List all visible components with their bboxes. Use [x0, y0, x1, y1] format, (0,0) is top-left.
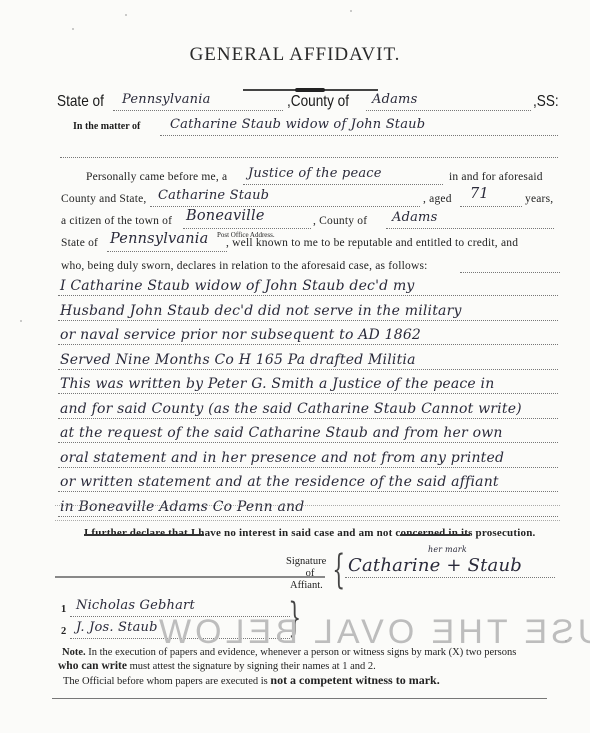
affiant-name-field-line [150, 206, 420, 207]
statement-line[interactable]: in Boneaville Adams Co Penn and [60, 499, 304, 515]
matter-value[interactable]: Catharine Staub widow of John Staub [170, 117, 425, 132]
county-label: ,County of [287, 93, 349, 111]
note-line-2: who can write must attest the signature … [58, 660, 376, 672]
official-value[interactable]: Justice of the peace [248, 166, 382, 181]
note-line-1-text: In the execution of papers and evidence,… [88, 647, 516, 658]
county-value[interactable]: Adams [372, 92, 417, 107]
statement-line[interactable]: This was written by Peter G. Smith a Jus… [60, 376, 494, 392]
state-value[interactable]: Pennsylvania [122, 92, 211, 107]
state-value-2[interactable]: Pennsylvania [110, 231, 209, 247]
note-line-3: The Official before whom papers are exec… [63, 673, 440, 688]
affidavit-page: GENERAL AFFIDAVIT. State of Pennsylvania… [0, 0, 590, 733]
further-declare-text: I further declare that I have no interes… [84, 527, 535, 539]
state-field-line [113, 110, 283, 111]
statement-line[interactable]: I Catharine Staub widow of John Staub de… [60, 278, 415, 294]
sworn-field-line [460, 272, 560, 273]
statement-line[interactable]: Served Nine Months Co H 165 Pa drafted M… [60, 352, 416, 368]
statement-rule [58, 467, 558, 468]
statement-rule [58, 369, 558, 370]
signature-mark-note: her mark [428, 545, 467, 554]
signature-label-3: Affiant. [290, 580, 323, 591]
matter-label: In the matter of [73, 121, 140, 132]
blank-line-1 [55, 505, 560, 506]
statement-line[interactable]: oral statement and in her presence and n… [60, 450, 504, 466]
note-not-competent: not a competent witness to mark. [270, 673, 439, 687]
note-line-1: Note. In the execution of papers and evi… [62, 647, 516, 658]
county-state-label: County and State, [61, 193, 147, 205]
signature-value[interactable]: Catharine + Staub [348, 555, 522, 576]
witness-2-number: 2 [61, 626, 66, 637]
ss-label: ,SS: [533, 93, 559, 111]
statement-rule [58, 320, 558, 321]
statement-line[interactable]: and for said County (as the said Cathari… [60, 401, 522, 417]
matter-field-line [160, 135, 558, 136]
strike-through-mark [84, 534, 204, 536]
county-value-2[interactable]: Adams [392, 210, 437, 225]
strike-through-mark-2 [400, 534, 470, 536]
statement-line[interactable]: at the request of the said Catharine Sta… [60, 425, 503, 441]
age-field-line [460, 206, 522, 207]
age-value[interactable]: 71 [470, 186, 489, 202]
signature-brace: { [332, 550, 345, 590]
blank-line-2 [55, 520, 560, 521]
signature-label-2: of [300, 568, 320, 579]
statement-line[interactable]: or naval service prior nor subsequent to… [60, 327, 421, 343]
signature-left-rule [55, 576, 325, 578]
affiant-name-value[interactable]: Catharine Staub [158, 188, 269, 203]
matter-field-line-2 [60, 157, 558, 158]
years-label: years, [525, 193, 553, 205]
witness-1-number: 1 [61, 604, 66, 615]
statement-rule [58, 344, 558, 345]
title-ornament-divider [243, 89, 378, 91]
county2-field-line [386, 228, 554, 229]
bottom-rule [52, 698, 547, 699]
state-label-2: State of [61, 237, 98, 249]
citizen-label: a citizen of the town of [61, 215, 172, 227]
note-line-2-text: must attest the signature by signing the… [130, 661, 376, 672]
statement-line[interactable]: Husband John Staub dec'd did not serve i… [60, 303, 462, 319]
document-title: GENERAL AFFIDAVIT. [0, 44, 590, 66]
aged-label: , aged [423, 193, 452, 205]
witness-1-name[interactable]: Nicholas Gebhart [76, 598, 195, 613]
state-label: State of [57, 93, 104, 111]
town-field-line [183, 228, 311, 229]
sworn-text: who, being duly sworn, declares in relat… [61, 260, 428, 272]
personally-label: Personally came before me, a [86, 171, 227, 183]
signature-field-line [345, 577, 555, 578]
reputable-text: , well known to me to be reputable and e… [226, 237, 518, 249]
official-field-line [243, 184, 443, 185]
statement-line[interactable]: or written statement and at the residenc… [60, 474, 499, 490]
county-label-2: , County of [313, 215, 367, 227]
statement-rule [58, 418, 558, 419]
statement-rule [58, 393, 558, 394]
statement-rule [58, 491, 558, 492]
state2-field-line [107, 251, 227, 252]
statement-rule [58, 295, 558, 296]
statement-rule [58, 516, 558, 517]
witness-2-name[interactable]: J. Jos. Staub [76, 620, 158, 635]
signature-label-1: Signature [286, 556, 326, 567]
county-field-line [366, 110, 531, 111]
statement-rule [58, 442, 558, 443]
aforesaid-label: in and for aforesaid [449, 171, 543, 183]
note-label: Note. [62, 647, 86, 658]
town-value[interactable]: Boneaville [186, 208, 265, 224]
note-line-3-text: The Official before whom papers are exec… [63, 676, 268, 687]
note-who-can-write: who can write [58, 660, 127, 672]
